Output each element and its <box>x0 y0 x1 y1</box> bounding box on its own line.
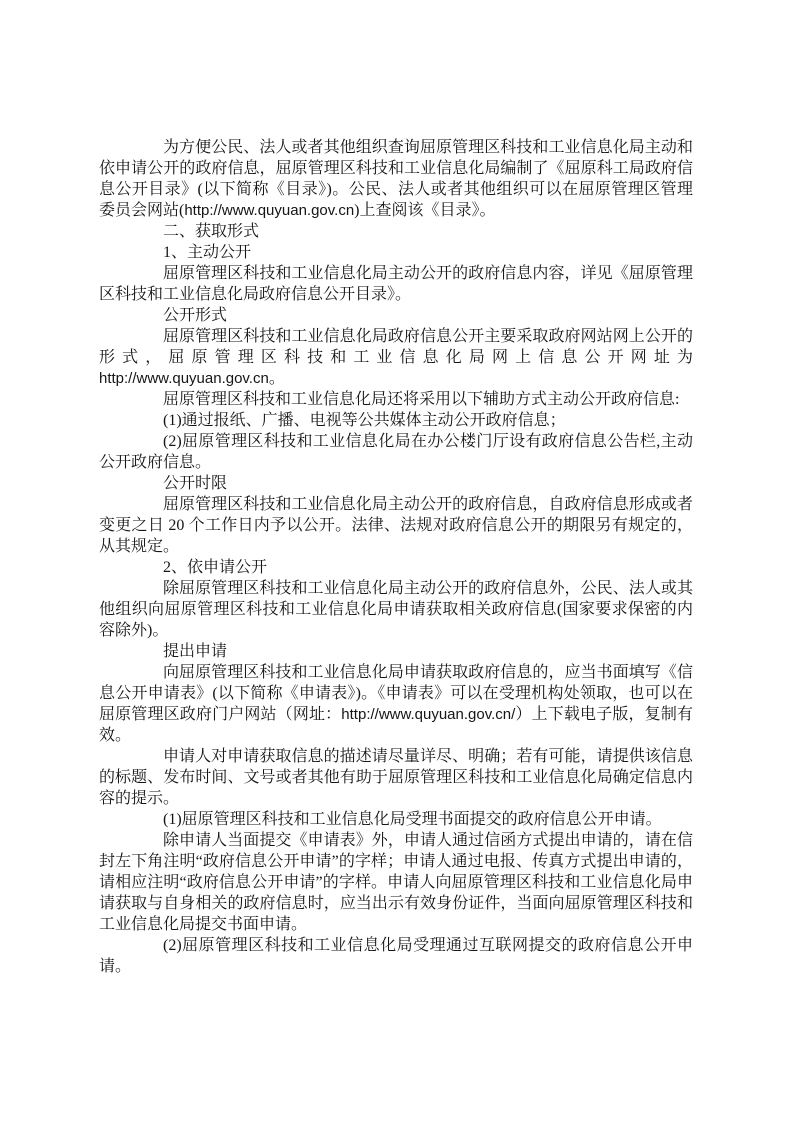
heading-submit-application: 提出申请 <box>99 641 693 662</box>
paragraph-text: 屈原管理区科技和工业信息化局政府信息公开主要采取政府网站网上公开的形式，屈原管理… <box>99 328 693 366</box>
paragraph-auxiliary-methods: 屈原管理区科技和工业信息化局还将采用以下辅助方式主动公开政府信息: <box>99 389 693 410</box>
paragraph-text: 除屈原管理区科技和工业信息化局主动公开的政府信息外，公民、法人或其他组织向屈原管… <box>99 580 693 639</box>
paragraph-application-description: 申请人对申请获取信息的描述请尽量详尽、明确；若有可能，请提供该信息的标题、发布时… <box>99 746 693 809</box>
paragraph-text: 屈原管理区科技和工业信息化局主动公开的政府信息内容，详见《屈原管理区科技和工业信… <box>99 265 693 303</box>
heading-text: 1、主动公开 <box>163 244 251 261</box>
paragraph-on-request-scope: 除屈原管理区科技和工业信息化局主动公开的政府信息外，公民、法人或其他组织向屈原管… <box>99 578 693 641</box>
paragraph-disclosure-form-website: 屈原管理区科技和工业信息化局政府信息公开主要采取政府网站网上公开的形式，屈原管理… <box>99 326 693 389</box>
paragraph-text: 申请人对申请获取信息的描述请尽量详尽、明确；若有可能，请提供该信息的标题、发布时… <box>99 748 693 807</box>
paragraph-written-application: (1)屈原管理区科技和工业信息化局受理书面提交的政府信息公开申请。 <box>99 809 693 830</box>
paragraph-method-public-media: (1)通过报纸、广播、电视等公共媒体主动公开政府信息； <box>99 410 693 431</box>
paragraph-text: (2)屈原管理区科技和工业信息化局在办公楼门厅设有政府信息公告栏,主动公开政府信… <box>99 433 693 471</box>
heading-disclosure-on-request: 2、依申请公开 <box>99 557 693 578</box>
portal-website-url: http://www.quyuan.gov.cn/ <box>341 706 515 723</box>
document-body: 为方便公民、法人或者其他组织查询屈原管理区科技和工业信息化局主动和依申请公开的政… <box>99 137 693 977</box>
disclosure-website-url: http://www.quyuan.gov.cn <box>99 370 269 387</box>
paragraph-time-limit-20-days: 屈原管理区科技和工业信息化局主动公开的政府信息，自政府信息形成或者变更之日 20… <box>99 494 693 557</box>
paragraph-application-channels: 除申请人当面提交《申请表》外，申请人通过信函方式提出申请的，请在信封左下角注明“… <box>99 830 693 935</box>
paragraph-text: 。 <box>269 370 285 387</box>
paragraph-text: 除申请人当面提交《申请表》外，申请人通过信函方式提出申请的，请在信封左下角注明“… <box>99 832 693 933</box>
heading-text: 公开时限 <box>163 475 227 492</box>
paragraph-text: (2)屈原管理区科技和工业信息化局受理通过互联网提交的政府信息公开申请。 <box>99 937 693 975</box>
heading-disclosure-form: 公开形式 <box>99 305 693 326</box>
paragraph-intro-catalog: 为方便公民、法人或者其他组织查询屈原管理区科技和工业信息化局主动和依申请公开的政… <box>99 137 693 221</box>
paragraph-active-disclosure-content: 屈原管理区科技和工业信息化局主动公开的政府信息内容，详见《屈原管理区科技和工业信… <box>99 263 693 305</box>
document-page: 为方便公民、法人或者其他组织查询屈原管理区科技和工业信息化局主动和依申请公开的政… <box>0 0 793 1122</box>
paragraph-text: )上查阅该《目录》。 <box>354 202 495 219</box>
heading-text: 二、获取形式 <box>163 223 259 240</box>
paragraph-text: (1)屈原管理区科技和工业信息化局受理书面提交的政府信息公开申请。 <box>163 811 662 828</box>
paragraph-internet-application: (2)屈原管理区科技和工业信息化局受理通过互联网提交的政府信息公开申请。 <box>99 935 693 977</box>
paragraph-text: 屈原管理区科技和工业信息化局主动公开的政府信息，自政府信息形成或者变更之日 20… <box>99 496 693 555</box>
heading-text: 提出申请 <box>163 643 227 660</box>
heading-section-two-acquisition-forms: 二、获取形式 <box>99 221 693 242</box>
paragraph-text: 屈原管理区科技和工业信息化局还将采用以下辅助方式主动公开政府信息: <box>163 391 679 408</box>
heading-disclosure-time-limit: 公开时限 <box>99 473 693 494</box>
heading-text: 2、依申请公开 <box>163 559 267 576</box>
catalog-website-url: http://www.quyuan.gov.cn <box>184 202 354 219</box>
paragraph-text: (1)通过报纸、广播、电视等公共媒体主动公开政府信息； <box>163 412 566 429</box>
paragraph-application-form-download: 向屈原管理区科技和工业信息化局申请获取政府信息的，应当书面填写《信息公开申请表》… <box>99 662 693 746</box>
paragraph-method-bulletin-board: (2)屈原管理区科技和工业信息化局在办公楼门厅设有政府信息公告栏,主动公开政府信… <box>99 431 693 473</box>
heading-active-disclosure: 1、主动公开 <box>99 242 693 263</box>
heading-text: 公开形式 <box>163 307 227 324</box>
